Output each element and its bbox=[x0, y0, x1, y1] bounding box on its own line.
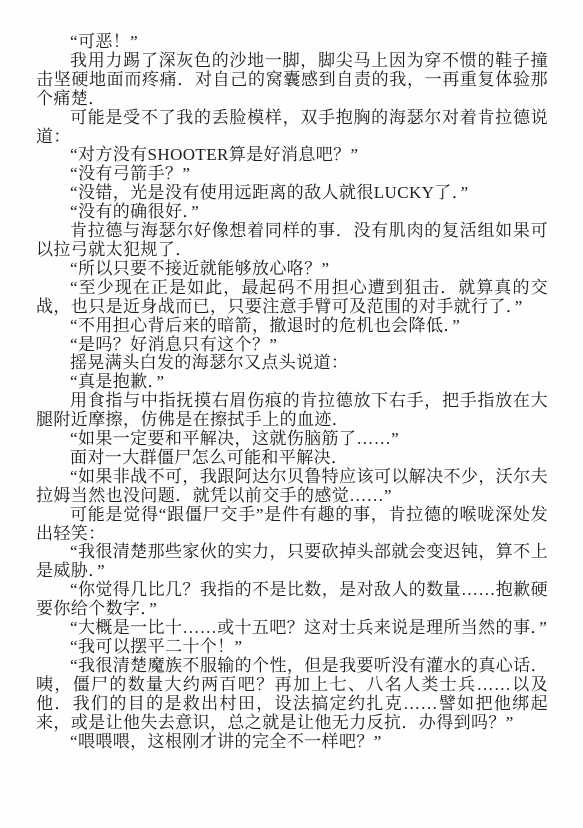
dialogue-paragraph: “大概是一比十……或十五吧？这对士兵来说是理所当然的事．” bbox=[36, 619, 548, 638]
narration-paragraph: 可能是受不了我的丢脸模样，双手抱胸的海瑟尔对着肯拉德说道： bbox=[36, 109, 548, 147]
narration-paragraph: 肯拉德与海瑟尔好像想着同样的事．没有肌肉的复活组如果可以拉弓就太犯规了． bbox=[36, 222, 548, 260]
dialogue-paragraph: “喂喂喂，这根刚才讲的完全不一样吧？” bbox=[36, 733, 548, 752]
dialogue-paragraph: “是吗？好消息只有这个？” bbox=[36, 336, 548, 355]
dialogue-paragraph: “你觉得几比几？我指的不是比数，是对敌人的数量……抱歉硬要你给个数字．” bbox=[36, 581, 548, 619]
novel-text-block: “可恶！” 我用力踢了深灰色的沙地一脚，脚尖马上因为穿不惯的鞋子撞击坚硬地面而疼… bbox=[36, 33, 548, 751]
dialogue-paragraph: “真是抱歉．” bbox=[36, 373, 548, 392]
dialogue-paragraph: “至少现在正是如此，最起码不用担心遭到狙击．就算真的交战，也只是近身战而已，只要… bbox=[36, 279, 548, 317]
narration-paragraph: 面对一大群僵尸怎么可能和平解决． bbox=[36, 449, 548, 468]
dialogue-paragraph: “我很清楚魔族不服输的个性，但是我要听没有灌水的真心话．咦，僵尸的数量大约两百吧… bbox=[36, 657, 548, 733]
dialogue-paragraph: “如果一定要和平解决，这就伤脑筋了……” bbox=[36, 430, 548, 449]
dialogue-paragraph: “没有的确很好．” bbox=[36, 203, 548, 222]
dialogue-paragraph: “没错，光是没有使用远距离的敌人就很LUCKY了．” bbox=[36, 184, 548, 203]
narration-paragraph: 我用力踢了深灰色的沙地一脚，脚尖马上因为穿不惯的鞋子撞击坚硬地面而疼痛．对自己的… bbox=[36, 52, 548, 109]
narration-paragraph: 可能是觉得“跟僵尸交手”是件有趣的事，肯拉德的喉咙深处发出轻笑： bbox=[36, 506, 548, 544]
narration-paragraph: 摇晃满头白发的海瑟尔又点头说道： bbox=[36, 354, 548, 373]
dialogue-paragraph: “如果非战不可，我跟阿达尔贝鲁特应该可以解决不少，沃尔夫拉姆当然也没问题．就凭以… bbox=[36, 468, 548, 506]
dialogue-paragraph: “不用担心背后来的暗箭，撤退时的危机也会降低．” bbox=[36, 317, 548, 336]
dialogue-paragraph: “我可以摆平二十个！” bbox=[36, 638, 548, 657]
dialogue-paragraph: “对方没有SHOOTER算是好消息吧？” bbox=[36, 146, 548, 165]
dialogue-paragraph: “所以只要不接近就能够放心咯？” bbox=[36, 260, 548, 279]
dialogue-paragraph: “没有弓箭手？” bbox=[36, 165, 548, 184]
dialogue-paragraph: “我很清楚那些家伙的实力，只要砍掉头部就会变迟钝，算不上是威胁．” bbox=[36, 543, 548, 581]
narration-paragraph: 用食指与中指抚摸右眉伤痕的肯拉德放下右手，把手指放在大腿附近摩擦，仿佛是在擦拭手… bbox=[36, 392, 548, 430]
book-page: “可恶！” 我用力踢了深灰色的沙地一脚，脚尖马上因为穿不惯的鞋子撞击坚硬地面而疼… bbox=[0, 0, 583, 828]
dialogue-paragraph: “可恶！” bbox=[36, 33, 548, 52]
